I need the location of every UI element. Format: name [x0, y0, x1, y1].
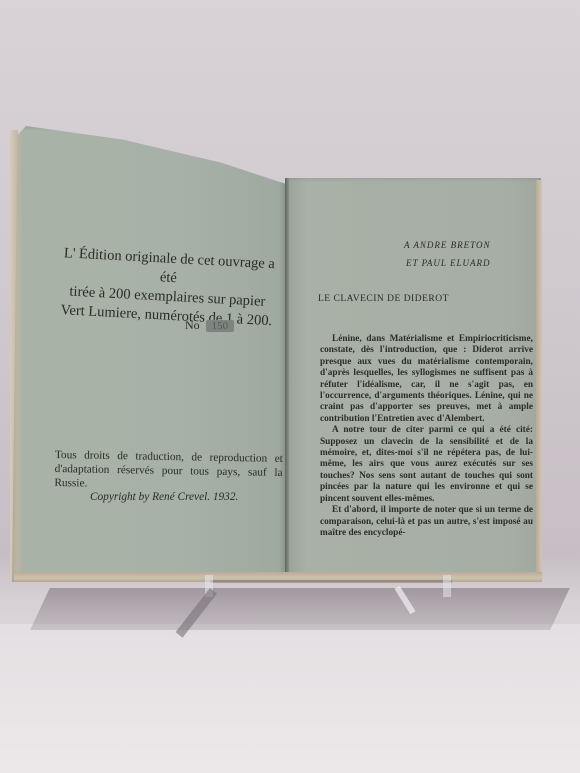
copy-number: No 150	[185, 318, 234, 333]
table-surface	[0, 624, 580, 773]
rights-notice: Tous droits de traduction, de reproducti…	[54, 448, 283, 494]
stand-ledge	[210, 580, 452, 583]
copy-number-value: 150	[206, 320, 235, 332]
chapter-body: Lénine, dans Matérialisme et Empiriocrit…	[320, 334, 533, 539]
chapter-title: LE CLAVECIN DE DIDEROT	[318, 294, 449, 304]
dedication: A ANDRE BRETON ET PAUL ELUARD	[404, 236, 491, 272]
left-page	[12, 126, 290, 582]
copy-number-label: No	[185, 318, 200, 332]
paragraph: Et d'abord, il importe de noter que si u…	[320, 505, 533, 539]
paragraph: A notre tour de citer parmi ce qui a été…	[320, 425, 533, 505]
stand-clip-right	[443, 575, 451, 597]
paragraph: Lénine, dans Matérialisme et Empiriocrit…	[320, 334, 533, 425]
dedication-line: ET PAUL ELUARD	[406, 254, 491, 272]
book-shadow	[30, 588, 570, 630]
photo-scene: L' Édition originale de cet ouvrage a ét…	[0, 0, 580, 773]
copyright-line: Copyright by René Crevel. 1932.	[90, 491, 238, 503]
dedication-line: A ANDRE BRETON	[404, 236, 491, 254]
edition-notice: L' Édition originale de cet ouvrage a ét…	[56, 244, 280, 331]
right-page-edge	[536, 180, 542, 580]
book-gutter	[285, 178, 289, 580]
